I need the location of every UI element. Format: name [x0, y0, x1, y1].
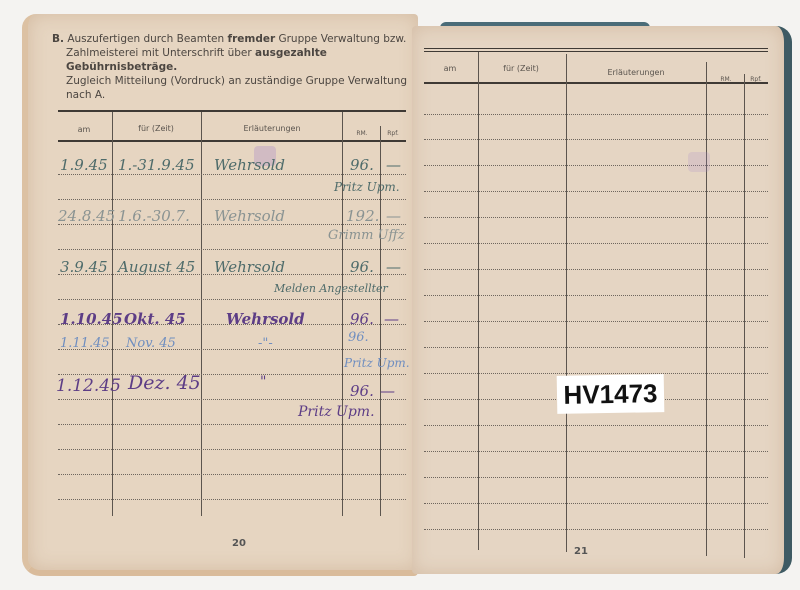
catalog-label: HV1473: [557, 374, 665, 414]
col-header-fuer-zeit: für (Zeit): [112, 124, 200, 133]
col-header-rpf: Rpf.: [380, 130, 406, 137]
col-header-rm: RM.: [344, 130, 380, 137]
col-header-am: am: [424, 64, 476, 73]
col-header-am: am: [58, 125, 110, 134]
entry-period: Nov. 45: [126, 336, 176, 351]
col-header-erlaeuterungen: Erläuterungen: [202, 124, 342, 133]
entry-description: -"-: [258, 336, 273, 351]
entry-signature: Grimm Uffz: [328, 228, 405, 243]
payment-table: am für (Zeit) Erläuterungen RM. Rpf.: [28, 14, 418, 570]
entry-signature: Pritz Upm.: [334, 180, 400, 194]
entry-rpf: —: [386, 156, 401, 174]
col-header-rm: RM.: [708, 76, 744, 83]
entry-signature: Pritz Upm.: [344, 356, 410, 370]
entry-description: Wehrsold: [214, 258, 285, 276]
right-page: am für (Zeit) Erläuterungen RM. Rpf. 21: [412, 26, 792, 574]
entry-signature: Melden Angestellter: [274, 282, 388, 295]
entry-description: Wehrsold: [214, 156, 285, 174]
entry-signature: Pritz Upm.: [298, 404, 375, 420]
entry-rpf: —: [386, 258, 401, 276]
entry-rpf: —: [384, 310, 399, 328]
entry-date: 1.9.45: [60, 156, 108, 174]
entry-date: 24.8.45: [58, 207, 115, 225]
entry-date: 1.12.45: [56, 376, 121, 396]
page-number-right: 21: [574, 546, 588, 557]
page-number-left: 20: [232, 538, 246, 549]
entry-rpf: —: [386, 207, 401, 225]
col-header-erlaeuterungen: Erläuterungen: [566, 68, 706, 77]
entry-description: Wehrsold: [226, 310, 305, 328]
entry-period: Dez. 45: [128, 372, 201, 394]
entry-rm: 96.: [348, 330, 369, 345]
entry-period: 1.-31.9.45: [118, 156, 195, 174]
entry-period: August 45: [118, 258, 195, 276]
entry-date: 1.10.45: [60, 310, 123, 328]
col-header-fuer-zeit: für (Zeit): [478, 64, 564, 73]
col-header-rpf: Rpf.: [744, 76, 768, 83]
entry-rm: 192.: [346, 207, 379, 225]
open-booklet: B. Auszufertigen durch Beamten fremder G…: [0, 0, 800, 590]
entry-description: ": [260, 374, 266, 390]
entry-rm: 96.: [350, 382, 374, 400]
entry-period: 1.6.-30.7.: [118, 207, 190, 225]
entry-date: 3.9.45: [60, 258, 108, 276]
entry-date: 1.11.45: [60, 336, 110, 351]
entry-rm: 96.: [350, 258, 374, 276]
entry-rm: 96.: [350, 156, 374, 174]
entry-description: Wehrsold: [214, 207, 285, 225]
entry-rpf: —: [380, 382, 395, 400]
entry-period: Okt. 45: [124, 310, 186, 328]
left-page: B. Auszufertigen durch Beamten fremder G…: [22, 14, 418, 576]
entry-rm: 96.: [350, 310, 374, 328]
